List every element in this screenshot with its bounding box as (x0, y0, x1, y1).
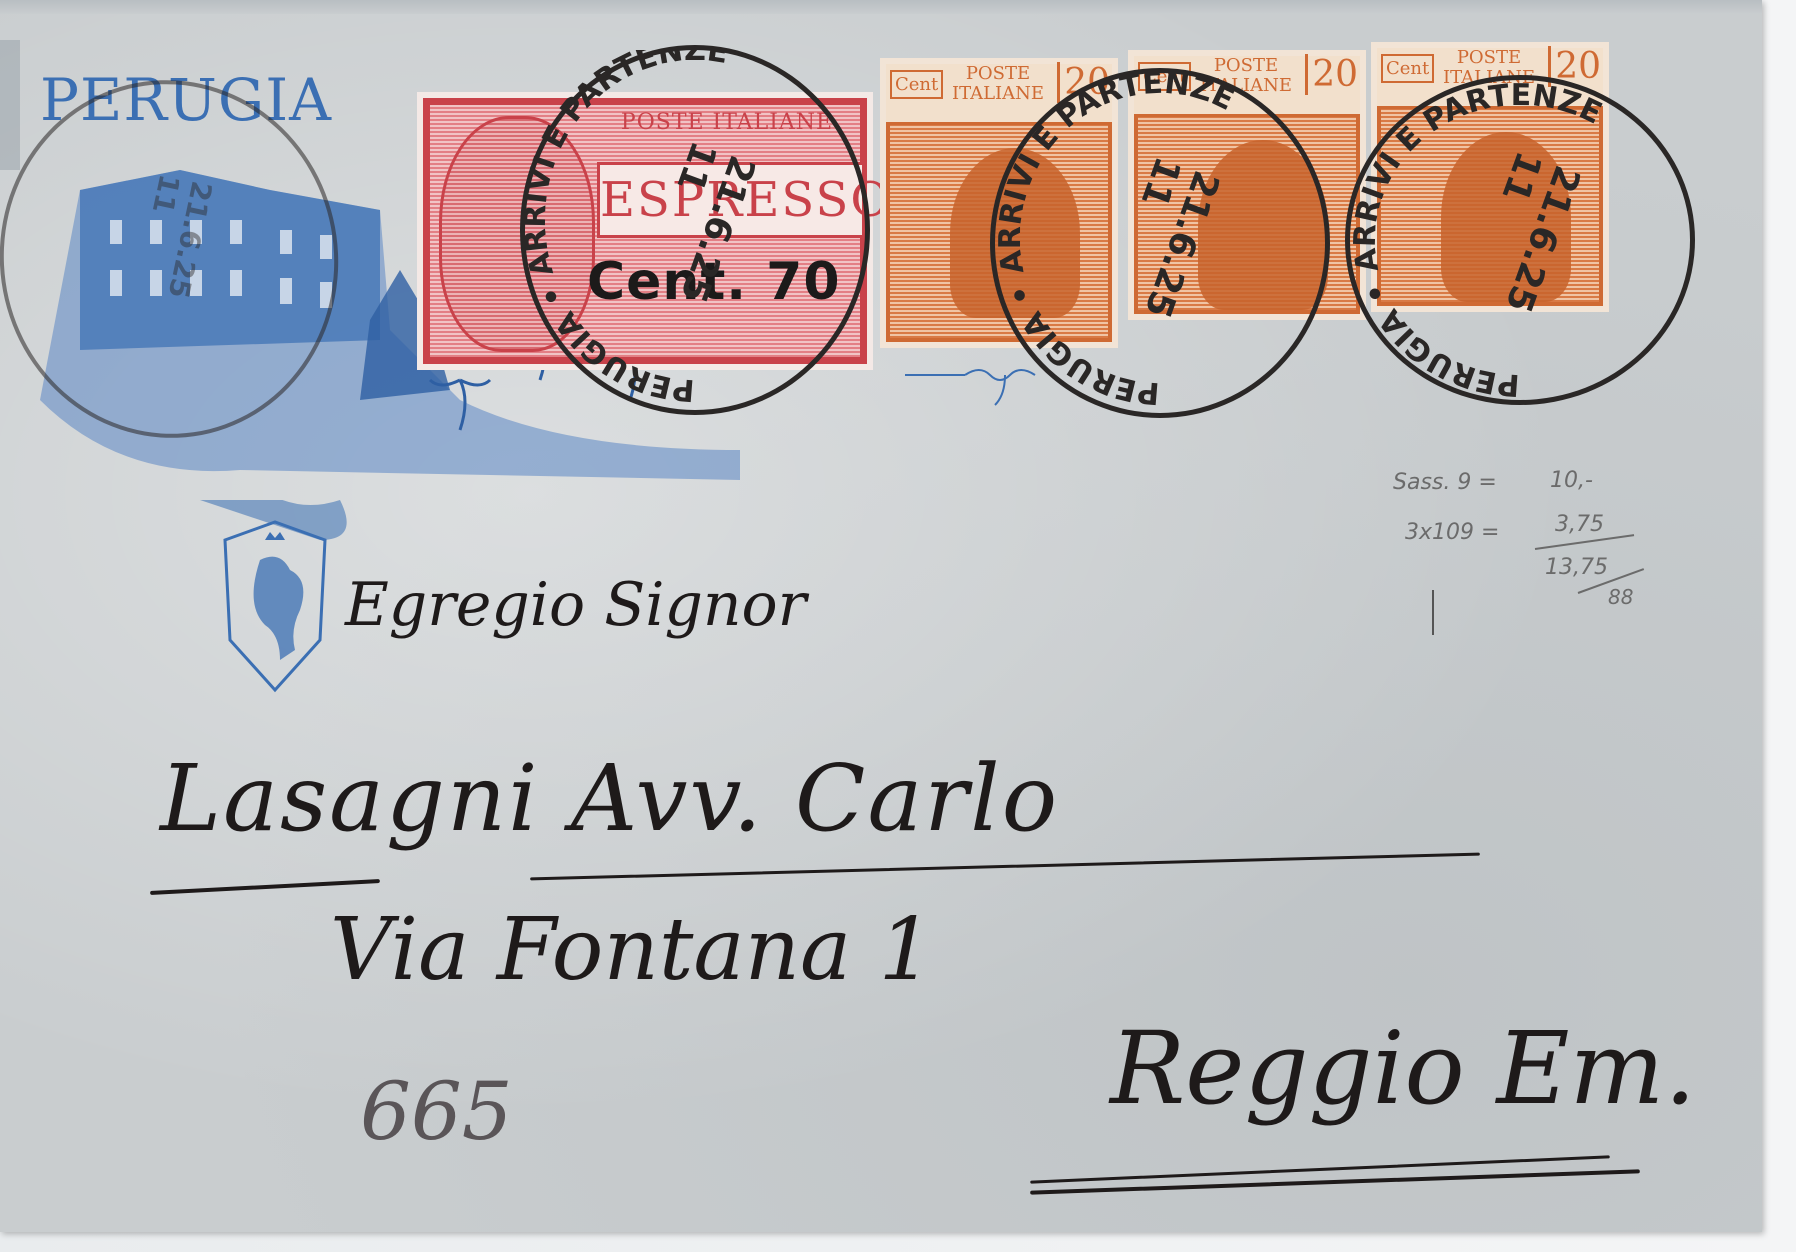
pencil-note-line2: 3x109 = (1405, 520, 1499, 545)
postmark-date: 21.6.25 11 (120, 171, 219, 346)
addressee-underline (150, 879, 380, 895)
stamp-cent-label: Cent (1381, 54, 1434, 83)
city-underline (1030, 1169, 1640, 1194)
postmark-cancel: PERUGIA • ARRIVI E PARTENZE 21.6.25 11 (1345, 75, 1695, 405)
stamp-cent-label: Cent (890, 70, 943, 99)
city-underline (1030, 1155, 1610, 1183)
pencil-note-total: 13,75 (1545, 555, 1608, 580)
address-addressee: Lasagni Avv. Carlo (160, 745, 1059, 852)
envelope-top-edge (0, 0, 1762, 14)
addressee-underline (530, 853, 1480, 881)
pencil-note-sub: 88 (1608, 585, 1633, 609)
pencil-note-line1: Sass. 9 = (1393, 470, 1497, 495)
pencil-note-value2: 3,75 (1555, 512, 1604, 537)
pencil-note-value1: 10,- (1550, 468, 1593, 493)
perugia-crest-icon (200, 500, 350, 700)
address-city: Reggio Em. (1110, 1010, 1696, 1127)
envelope: PERUGIA TO POSTE ITALIANE ESPRESSO Cent.… (0, 0, 1762, 1232)
reference-number: 665 (360, 1065, 513, 1158)
postmark-cancel: PERUGIA • ARRIVI E PARTENZE 21.6.25 11 (520, 45, 870, 415)
address-street: Via Fontana 1 (330, 900, 933, 1000)
address-salutation: Egregio Signor (345, 570, 806, 640)
pencil-tick-mark (1432, 590, 1434, 635)
postmark-cancel: PERUGIA • ARRIVI E PARTENZE 21.6.25 11 (990, 68, 1330, 418)
envelope-flap-shadow (0, 40, 20, 170)
